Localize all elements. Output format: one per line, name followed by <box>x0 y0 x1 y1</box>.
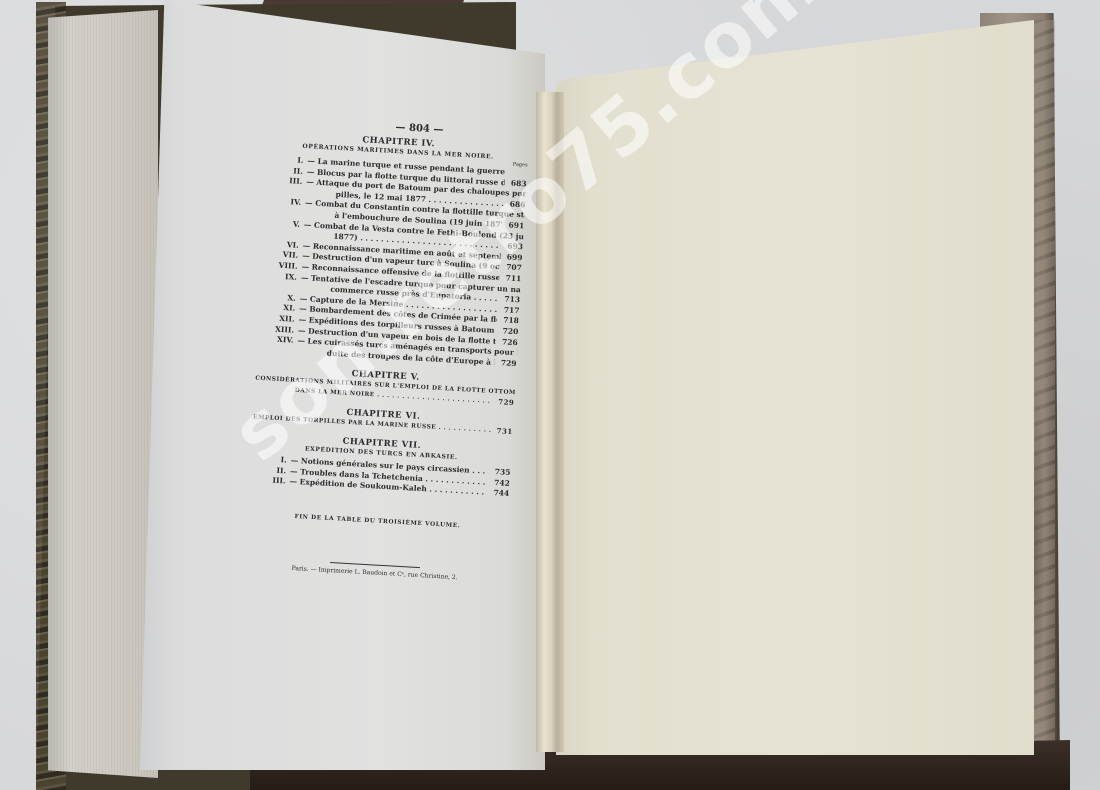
entry-page: 729 <box>492 397 515 408</box>
entry-page: 729 <box>494 358 517 370</box>
entry-page: 731 <box>490 426 513 437</box>
end-note: FIN DE LA TABLE DU TROISIÈME VOLUME. <box>248 511 508 532</box>
entry-number: III. <box>249 475 290 488</box>
page-edge-lines <box>48 10 158 778</box>
entry-page: 744 <box>487 488 510 500</box>
